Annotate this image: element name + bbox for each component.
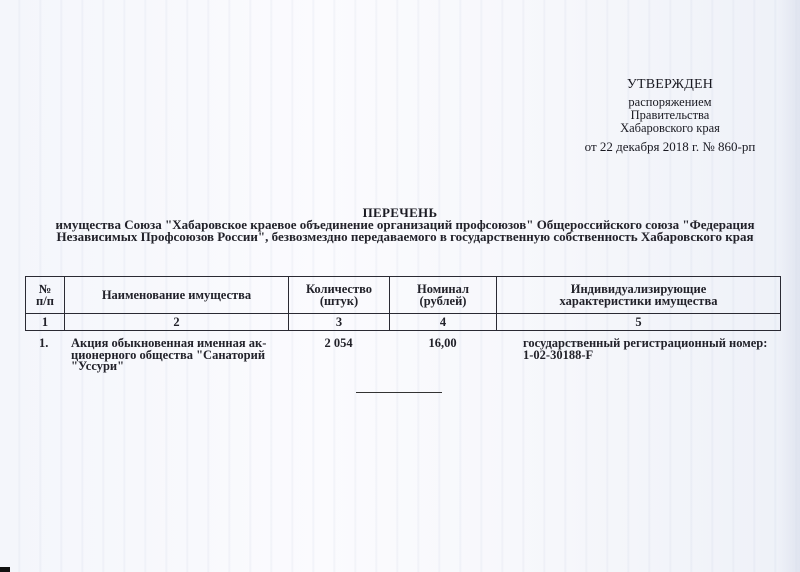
column-number-row: 1 2 3 4 5 — [26, 314, 781, 331]
header-number: № п/п — [26, 277, 65, 314]
scan-corner-mark — [0, 567, 10, 572]
approval-stamp-block: УТВЕРЖДЕН распоряжением Правительства Ха… — [560, 78, 780, 153]
header-nominal: Номинал (рублей) — [390, 277, 497, 314]
page-edge-shadow — [778, 0, 800, 572]
row-quantity: 2 054 — [288, 338, 389, 350]
document-subtitle: имущества Союза "Хабаровское краевое объ… — [55, 219, 755, 243]
property-table: № п/п Наименование имущества Количество … — [25, 276, 781, 331]
closing-divider-line — [356, 392, 442, 393]
approval-line-3: Хабаровского края — [560, 122, 780, 135]
header-characteristics: Индивидуализирующие характеристики имуще… — [497, 277, 781, 314]
header-quantity: Количество (штук) — [289, 277, 390, 314]
row-characteristics: государственный регистрационный номер: 1… — [523, 338, 793, 361]
column-number: 1 — [26, 314, 65, 331]
column-number: 2 — [65, 314, 289, 331]
scanned-document-page: УТВЕРЖДЕН распоряжением Правительства Ха… — [0, 0, 800, 572]
header-name: Наименование имущества — [65, 277, 289, 314]
column-number: 3 — [289, 314, 390, 331]
approved-label: УТВЕРЖДЕН — [560, 78, 780, 91]
column-number: 4 — [390, 314, 497, 331]
column-number: 5 — [497, 314, 781, 331]
row-nominal: 16,00 — [389, 338, 496, 350]
approval-date: от 22 декабря 2018 г. № 860-рп — [560, 140, 780, 153]
row-number: 1. — [39, 338, 69, 350]
subtitle-line-2: Независимых Профсоюзов России", безвозме… — [55, 231, 755, 243]
row-property-name: Акция обыкновенная именная ак- ционерног… — [71, 338, 296, 373]
table-header-row: № п/п Наименование имущества Количество … — [26, 277, 781, 314]
